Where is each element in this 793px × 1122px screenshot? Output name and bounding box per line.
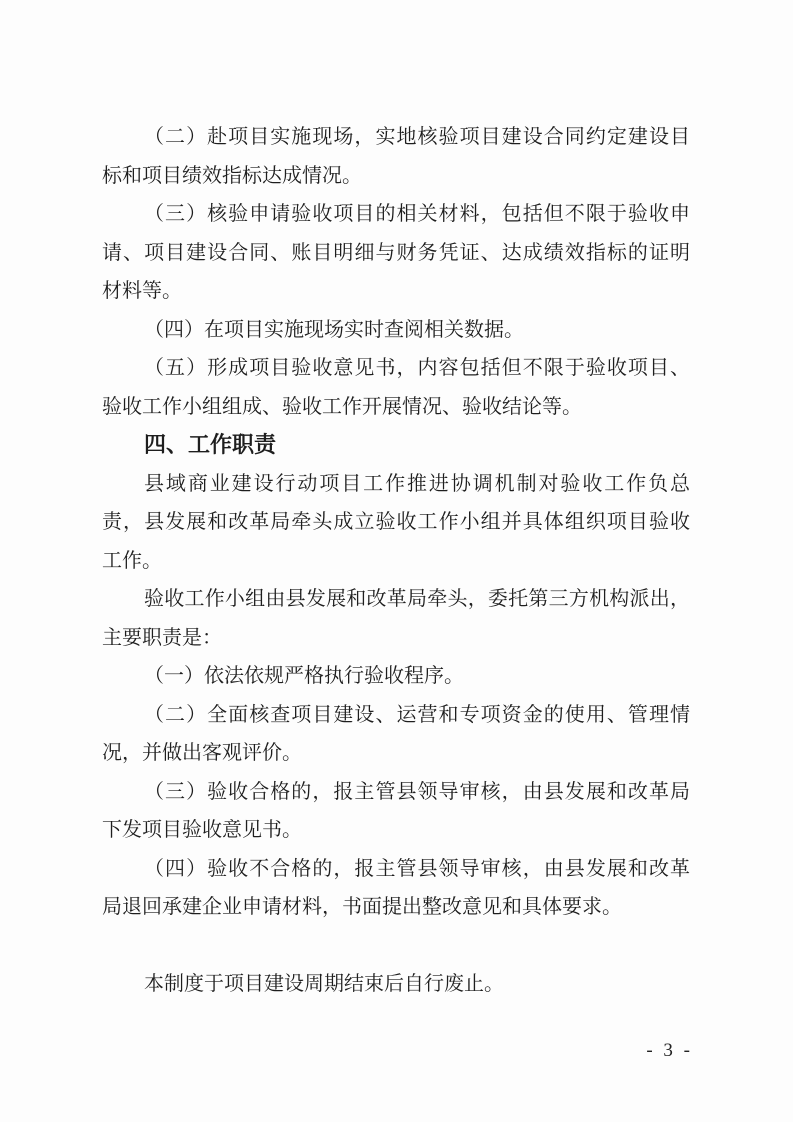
text-line: 材料等。: [102, 272, 690, 311]
text-line: （一）依法依规严格执行验收程序。: [102, 657, 690, 696]
document-page: （二）赴项目实施现场，实地核验项目建设合同约定建设目标和项目绩效指标达成情况。（…: [0, 0, 793, 1122]
text-line: 主要职责是：: [102, 619, 690, 658]
text-line: 请、项目建设合同、账目明细与财务凭证、达成绩效指标的证明: [102, 234, 690, 273]
text-line: 本制度于项目建设周期结束后自行废止。: [102, 965, 690, 1004]
text-line: 验收工作小组由县发展和改革局牵头，委托第三方机构派出，: [102, 580, 690, 619]
text-line: 责，县发展和改革局牵头成立验收工作小组并具体组织项目验收: [102, 503, 690, 542]
text-line: 下发项目验收意见书。: [102, 811, 690, 850]
text-line: （三）验收合格的，报主管县领导审核，由县发展和改革局: [102, 773, 690, 812]
text-line: 况，并做出客观评价。: [102, 734, 690, 773]
blank-line: [102, 927, 690, 966]
text-line: （四）在项目实施现场实时查阅相关数据。: [102, 311, 690, 350]
text-line: 标和项目绩效指标达成情况。: [102, 157, 690, 196]
text-line: 局退回承建企业申请材料，书面提出整改意见和具体要求。: [102, 888, 690, 927]
text-line: （四）验收不合格的，报主管县领导审核，由县发展和改革: [102, 850, 690, 889]
text-line: 工作。: [102, 542, 690, 581]
page-number: - 3 -: [646, 1036, 693, 1066]
text-line: （二）赴项目实施现场，实地核验项目建设合同约定建设目: [102, 118, 690, 157]
text-line: （五）形成项目验收意见书，内容包括但不限于验收项目、: [102, 349, 690, 388]
document-body: （二）赴项目实施现场，实地核验项目建设合同约定建设目标和项目绩效指标达成情况。（…: [102, 118, 690, 1004]
text-line: 验收工作小组组成、验收工作开展情况、验收结论等。: [102, 388, 690, 427]
section-heading: 四、工作职责: [102, 426, 690, 465]
text-line: （二）全面核查项目建设、运营和专项资金的使用、管理情: [102, 696, 690, 735]
text-line: （三）核验申请验收项目的相关材料，包括但不限于验收申: [102, 195, 690, 234]
text-line: 县域商业建设行动项目工作推进协调机制对验收工作负总: [102, 465, 690, 504]
